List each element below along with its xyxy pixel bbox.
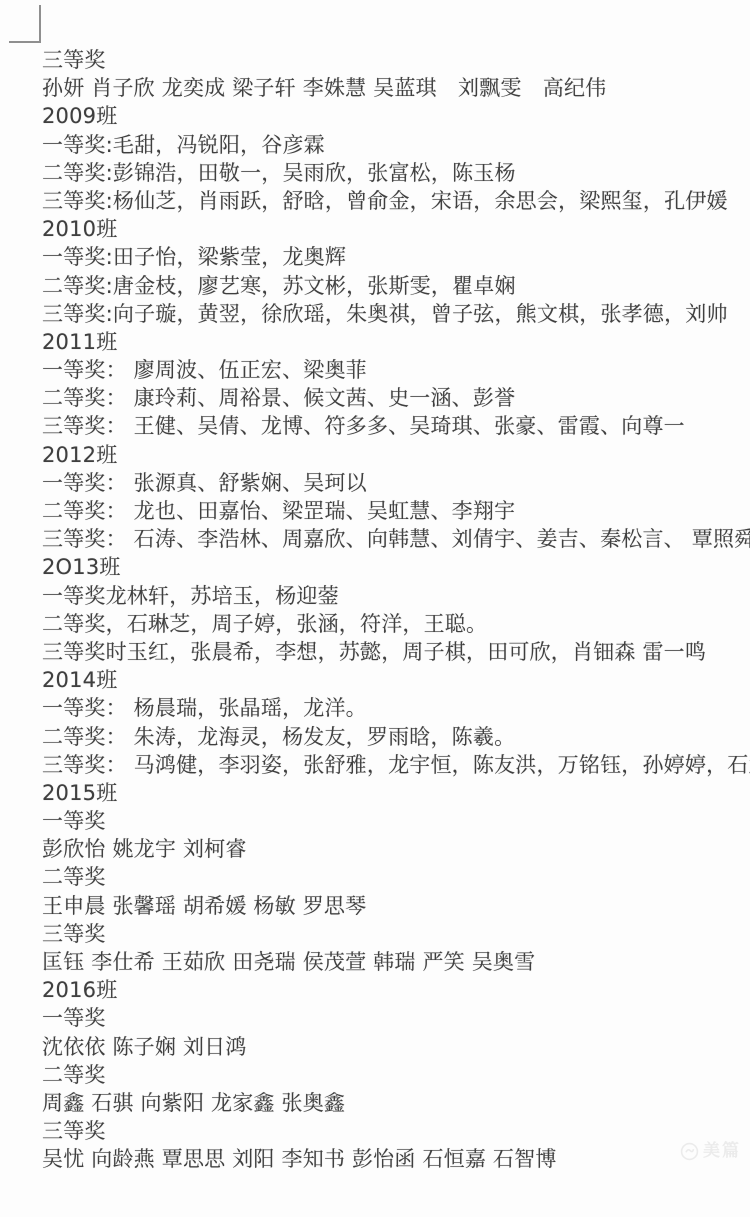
text-line: 2014班 <box>42 666 744 694</box>
text-line: 三等奖： 石涛、李浩林、周嘉欣、向韩慧、刘倩宇、姜吉、秦松言、 覃照舜 <box>42 525 744 553</box>
text-line: 孙妍 肖子欣 龙奕成 梁子轩 李姝慧 吴蓝琪 刘飘雯 高纪伟 <box>42 74 744 102</box>
text-line: 二等奖： 康玲莉、周裕景、候文茜、史一涵、彭誉 <box>42 384 744 412</box>
text-line: 2010班 <box>42 215 744 243</box>
text-line: 二等奖： 龙也、田嘉怡、梁罡瑞、吴虹慧、李翔宇 <box>42 497 744 525</box>
text-line: 二等奖 <box>42 863 744 891</box>
text-line: 二等奖:彭锦浩，田敬一，吴雨欣，张富松，陈玉杨 <box>42 159 744 187</box>
document-lines: 三等奖孙妍 肖子欣 龙奕成 梁子轩 李姝慧 吴蓝琪 刘飘雯 高纪伟2009班一等… <box>42 46 744 1174</box>
text-line: 2015班 <box>42 779 744 807</box>
text-line: 三等奖： 王健、吴倩、龙博、符多多、吴琦琪、张豪、雷霞、向尊一 <box>42 412 744 440</box>
text-line: 二等奖，石琳芝，周子婷，张涵，符洋，王聪。 <box>42 610 744 638</box>
text-line: 2011班 <box>42 328 744 356</box>
text-line: 三等奖： 马鸿健，李羽姿，张舒雅，龙宇恒，陈友洪，万铭钰，孙婷婷，石慧萍 <box>42 751 744 779</box>
text-line: 三等奖:向子璇，黄翌，徐欣瑶，朱奥祺，曾子弦，熊文棋，张孝德，刘帅 <box>42 300 744 328</box>
text-line: 二等奖:唐金枝，廖艺寒，苏文彬，张斯雯，瞿卓娴 <box>42 272 744 300</box>
text-line: 2016班 <box>42 976 744 1004</box>
text-line: 2009班 <box>42 102 744 130</box>
meipian-logo-icon <box>680 1142 699 1161</box>
text-line: 一等奖： 杨晨瑞，张晶瑶，龙洋。 <box>42 694 744 722</box>
text-line: 彭欣怡 姚龙宇 刘柯睿 <box>42 835 744 863</box>
text-line: 三等奖 <box>42 46 744 74</box>
watermark-brand-text: 美篇 <box>703 1142 741 1161</box>
text-line: 王申晨 张馨瑶 胡希媛 杨敏 罗思琴 <box>42 892 744 920</box>
margin-corner-mark <box>9 5 41 43</box>
text-line: 一等奖:毛甜，冯锐阳，谷彦霖 <box>42 131 744 159</box>
text-line: 吴忧 向龄燕 覃思思 刘阳 李知书 彭怡函 石恒嘉 石智博 <box>42 1145 744 1173</box>
meipian-watermark: 美篇 <box>680 1142 741 1161</box>
text-line: 一等奖： 廖周波、伍正宏、梁奥菲 <box>42 356 744 384</box>
text-line: 一等奖： 张源真、舒紫娴、吴珂以 <box>42 469 744 497</box>
text-line: 匡钰 李仕希 王茹欣 田尧瑞 侯茂萱 韩瑞 严笑 吴奥雪 <box>42 948 744 976</box>
text-line: 三等奖时玉红，张晨希，李想，苏懿，周子棋，田可欣，肖钿森 雷一鸣 <box>42 638 744 666</box>
text-line: 二等奖 <box>42 1061 744 1089</box>
text-line: 一等奖:田子怡，梁紫莹，龙奥辉 <box>42 243 744 271</box>
text-line: 三等奖 <box>42 920 744 948</box>
text-line: 一等奖 <box>42 807 744 835</box>
text-line: 三等奖:杨仙芝，肖雨跃，舒晗，曾俞金，宋语，余思会，梁熙玺，孔伊媛 <box>42 187 744 215</box>
text-line: 2012班 <box>42 441 744 469</box>
text-line: 2O13班 <box>42 553 744 581</box>
text-line: 周鑫 石骐 向紫阳 龙家鑫 张奥鑫 <box>42 1089 744 1117</box>
text-line: 沈依依 陈子娴 刘日鸿 <box>42 1033 744 1061</box>
text-line: 三等奖 <box>42 1117 744 1145</box>
text-line: 二等奖： 朱涛，龙海灵，杨发友，罗雨晗，陈羲。 <box>42 723 744 751</box>
text-line: 一等奖 <box>42 1004 744 1032</box>
document-page: 三等奖孙妍 肖子欣 龙奕成 梁子轩 李姝慧 吴蓝琪 刘飘雯 高纪伟2009班一等… <box>0 0 750 1217</box>
text-line: 一等奖龙林轩，苏培玉，杨迎蓥 <box>42 582 744 610</box>
